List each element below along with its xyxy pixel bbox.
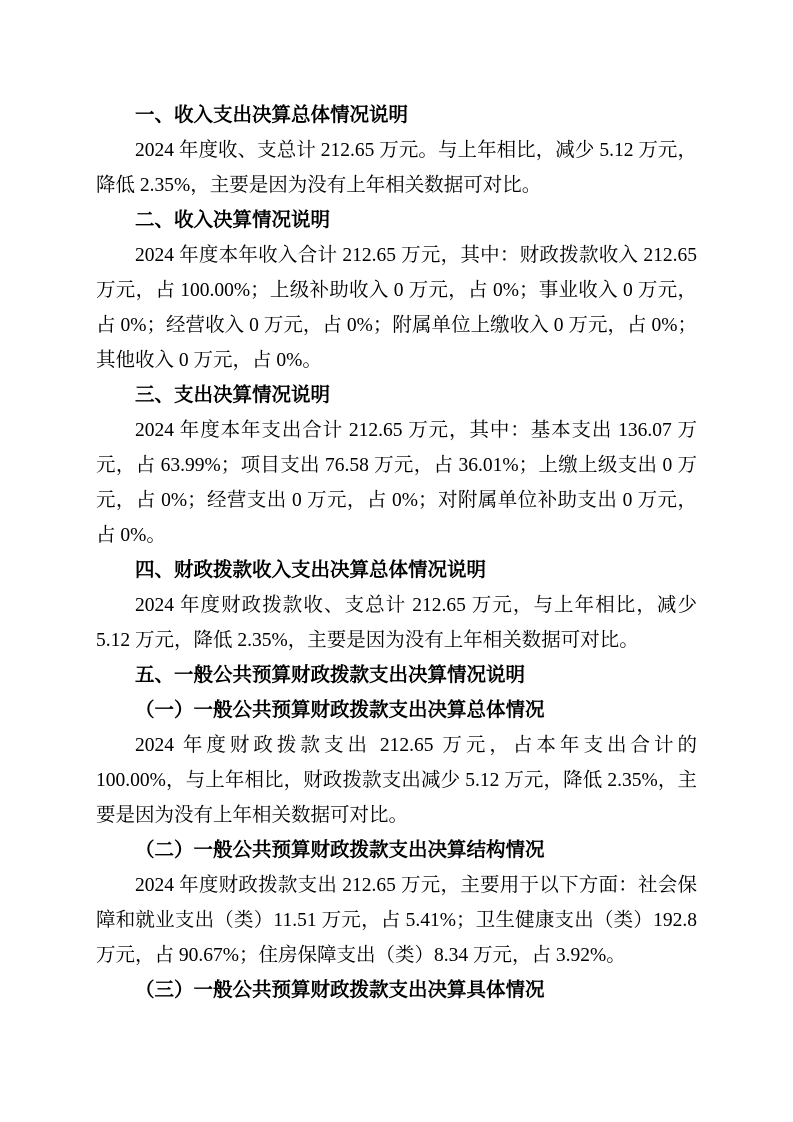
section-heading-general-public-budget: 五、一般公共预算财政拨款支出决算情况说明	[96, 658, 697, 693]
paragraph-budget-structure-situation: 2024 年度财政拨款支出 212.65 万元，主要用于以下方面：社会保障和就业…	[96, 868, 697, 973]
sub-heading-budget-specific-situation: （三）一般公共预算财政拨款支出决算具体情况	[96, 973, 697, 1008]
paragraph-fiscal-appropriation-overall: 2024 年度财政拨款收、支总计 212.65 万元，与上年相比，减少 5.12…	[96, 588, 697, 658]
paragraph-budget-overall-situation: 2024 年度财政拨款支出 212.65 万元，占本年支出合计的 100.00%…	[96, 728, 697, 833]
paragraph-expenditure-details: 2024 年度本年支出合计 212.65 万元，其中：基本支出 136.07 万…	[96, 413, 697, 553]
section-heading-income-details: 二、收入决算情况说明	[96, 203, 697, 238]
section-heading-fiscal-appropriation-overall: 四、财政拨款收入支出决算总体情况说明	[96, 553, 697, 588]
sub-heading-budget-overall-situation: （一）一般公共预算财政拨款支出决算总体情况	[96, 693, 697, 728]
paragraph-income-expenditure-overall: 2024 年度收、支总计 212.65 万元。与上年相比，减少 5.12 万元，…	[96, 133, 697, 203]
section-heading-expenditure-details: 三、支出决算情况说明	[96, 378, 697, 413]
document-page: 一、收入支出决算总体情况说明 2024 年度收、支总计 212.65 万元。与上…	[0, 0, 793, 1122]
paragraph-income-details: 2024 年度本年收入合计 212.65 万元，其中：财政拨款收入 212.65…	[96, 238, 697, 378]
section-heading-income-expenditure-overall: 一、收入支出决算总体情况说明	[96, 98, 697, 133]
sub-heading-budget-structure-situation: （二）一般公共预算财政拨款支出决算结构情况	[96, 833, 697, 868]
